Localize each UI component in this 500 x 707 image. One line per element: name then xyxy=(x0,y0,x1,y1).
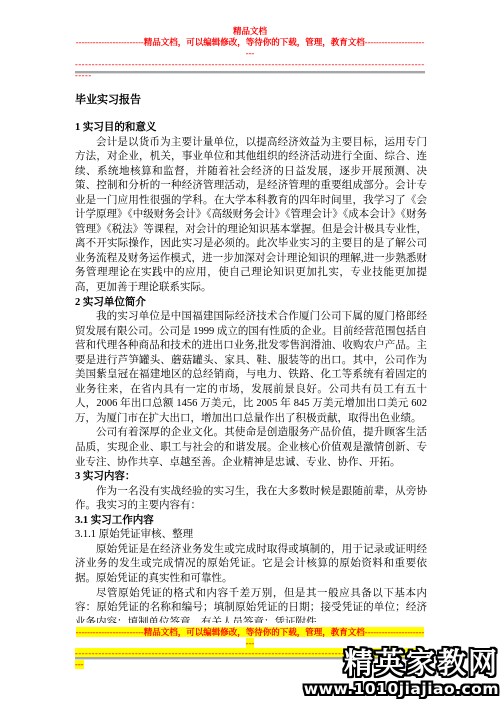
watermark: 精英家教网 www.1010jiajiao.com xyxy=(304,646,499,698)
paragraph: 尽管原始凭证的格式和内容千差万别，但是其一般应具备以下基本内容：原始凭证的名称和… xyxy=(75,587,427,624)
footer-stub-highlight: --- xyxy=(75,659,84,669)
page-title: 毕业实习报告 xyxy=(75,91,141,107)
document-body: 1 实习目的和意义会计是以货币为主要计量单位，以提高经济效益为主要目标，运用专门… xyxy=(75,121,427,623)
section-heading: 2 实习单位简介 xyxy=(75,296,427,311)
document-page: 精品文档 ------------------------精品文档，可以编辑修改… xyxy=(0,0,500,707)
paragraph: 原始凭证是在经济业务发生或完成时取得或填制的，用于记录或证明经济业务的发生或完成… xyxy=(75,543,427,587)
watermark-site-name: 精英家教网 xyxy=(304,646,499,680)
paragraph: 会计是以货币为主要计量单位，以提高经济效益为主要目标，运用专门方法，对企业，机关… xyxy=(75,136,427,296)
paragraph: 作为一名没有实战经验的实习生，我在大多数时候是跟随前辈，从旁协作。我实习的主要内… xyxy=(75,485,427,514)
section-heading: 1 实习目的和意义 xyxy=(75,121,427,136)
watermark-site-url: www.1010jiajiao.com xyxy=(304,680,499,698)
paragraph: 公司有着深厚的企业文化。其使命是创造服务产品价值，提升顾客生活品质，实现企业、职… xyxy=(75,426,427,470)
paragraph: 我的实习单位是中国福建国际经济技术合作厦门公司下属的厦门格郎经贸发展有限公司。公… xyxy=(75,310,427,426)
section-heading: 3 实习内容： xyxy=(75,470,427,485)
section-heading: 3.1 实习工作内容 xyxy=(75,514,427,529)
header-banner-slogan: ------------------------精品文档，可以编辑修改，等待你的… xyxy=(75,37,425,59)
section-heading: 3.1.1 原始凭证审核、整理 xyxy=(75,528,427,543)
footer-slogan-highlight: ------------------------精品文档，可以编辑修改，等待你的… xyxy=(76,627,424,648)
header-dashed-line: ----------------------------------------… xyxy=(75,59,425,70)
header-banner-title: 精品文档 xyxy=(75,26,425,37)
footer-banner-slogan: ------------------------精品文档，可以编辑修改，等待你的… xyxy=(75,627,425,648)
header-rule xyxy=(75,71,425,74)
